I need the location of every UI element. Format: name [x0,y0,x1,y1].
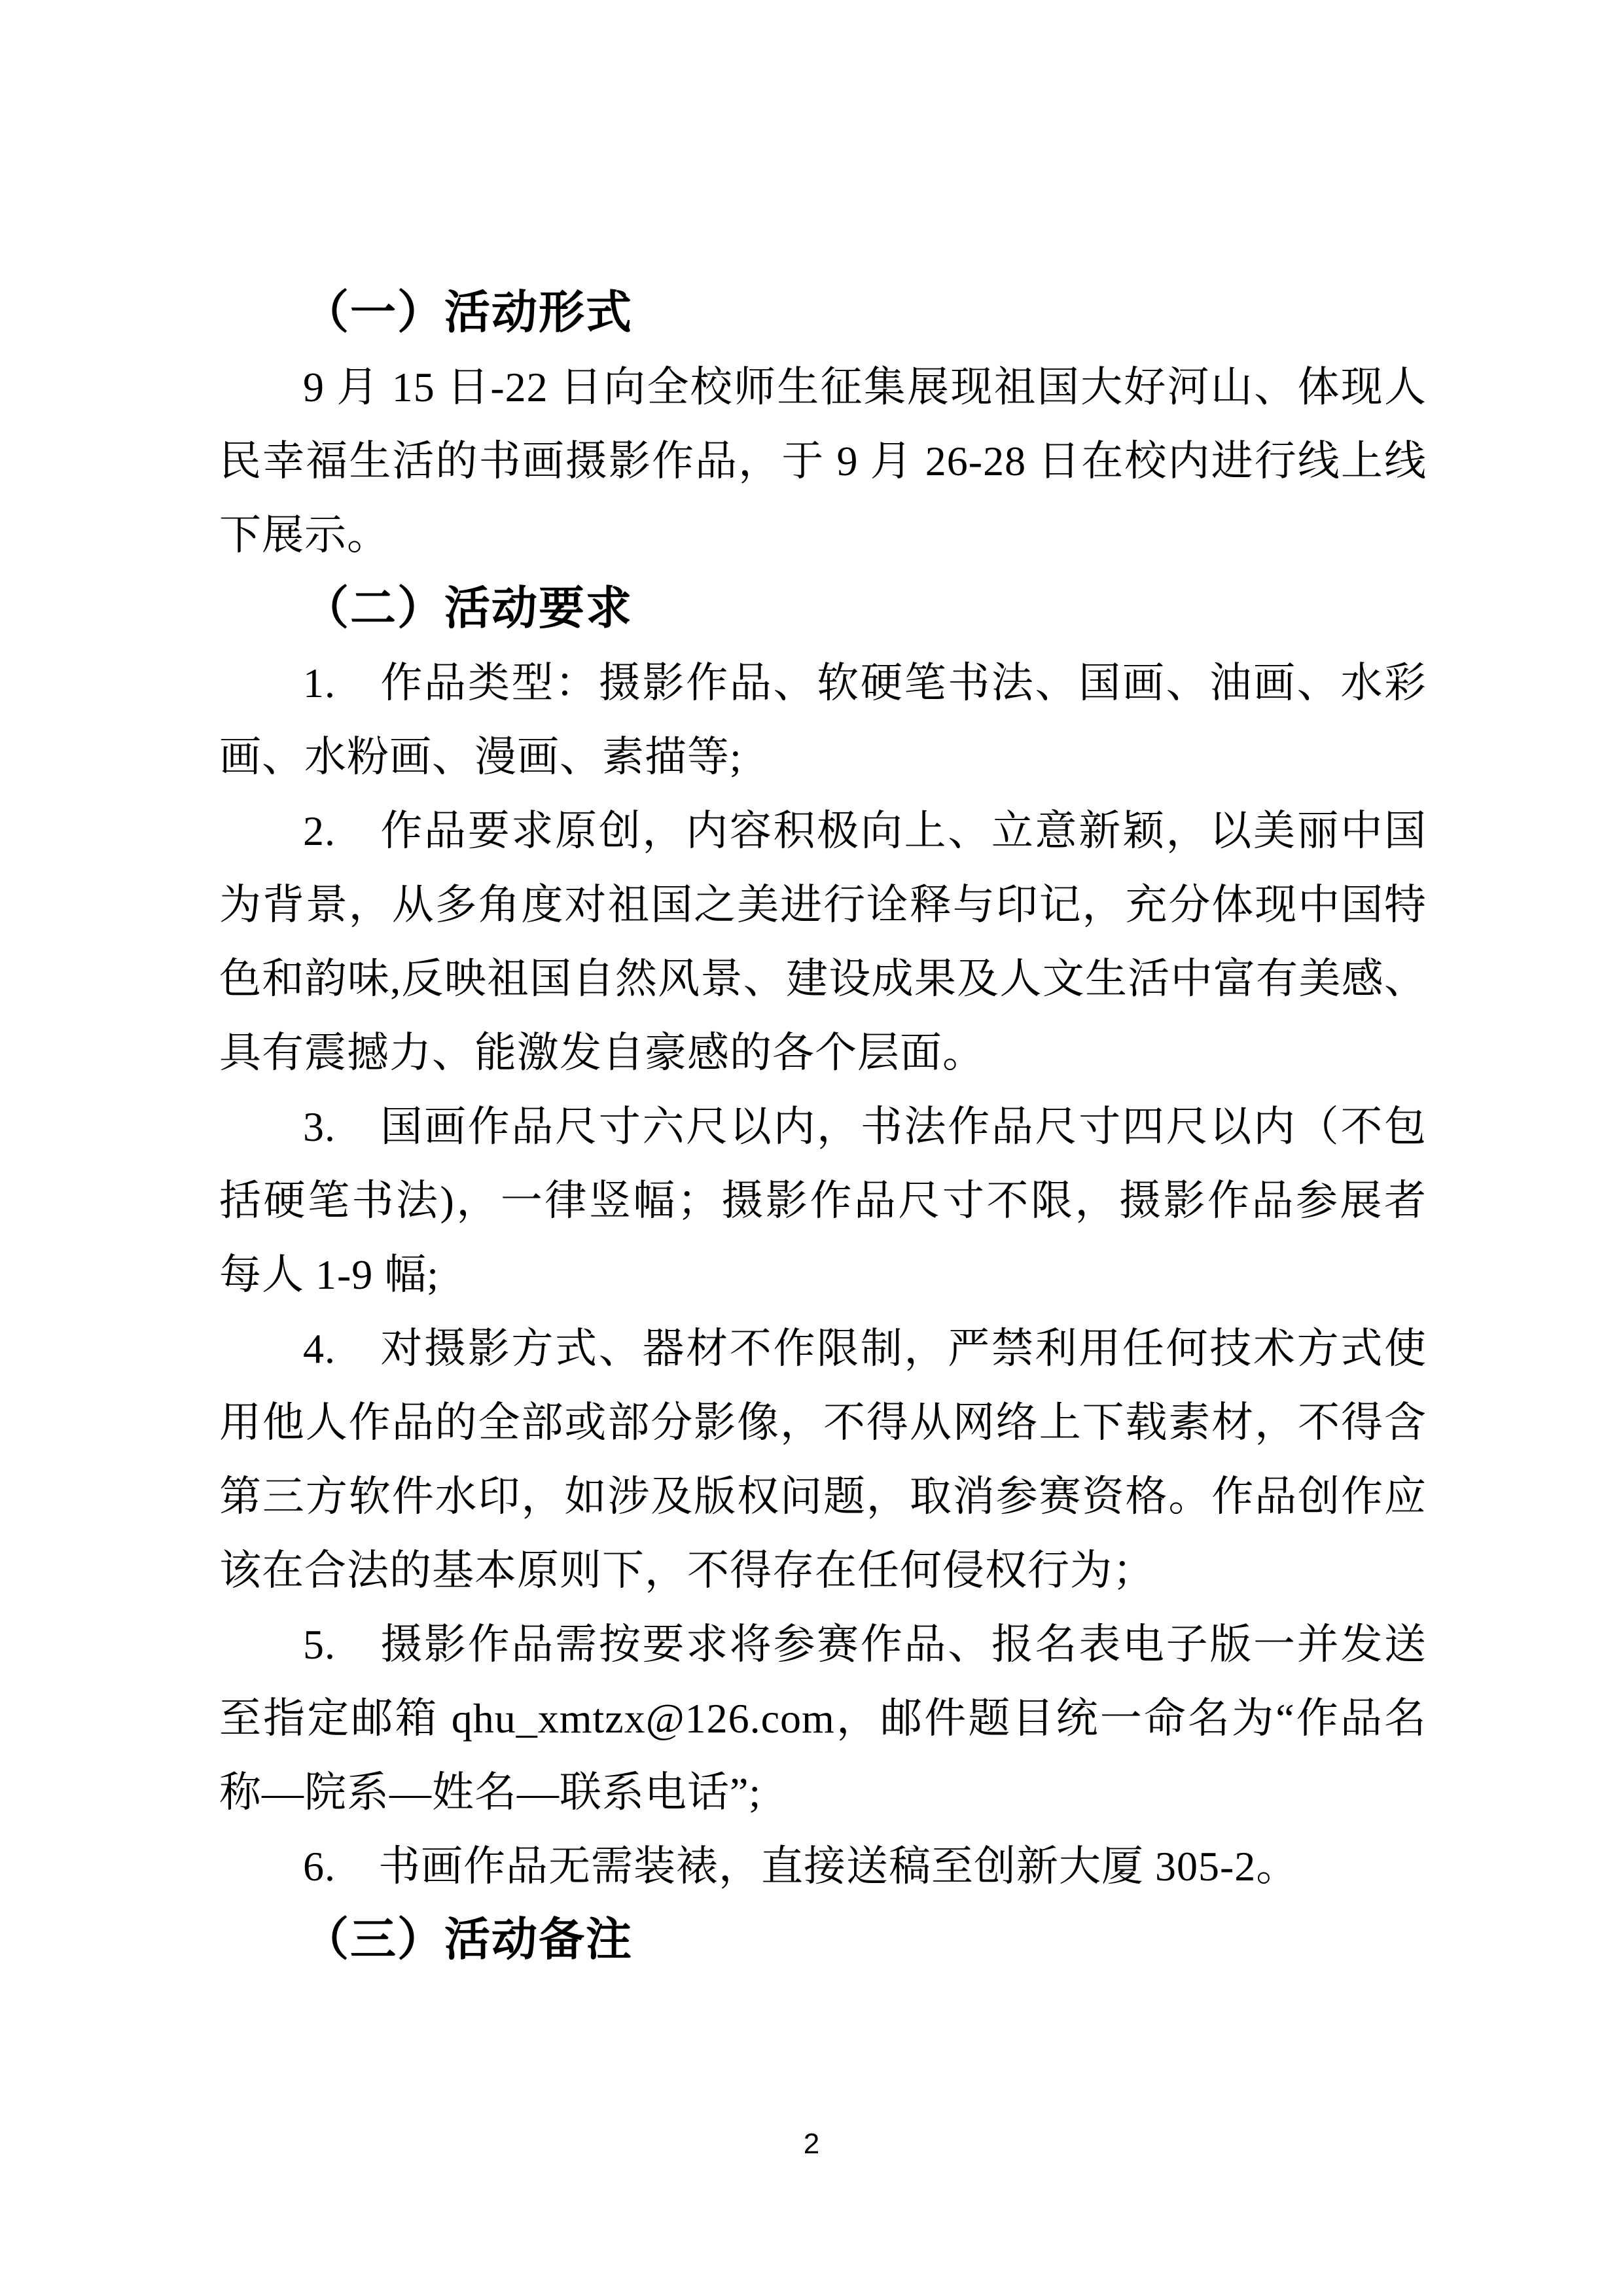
text-line: 6. 书画作品无需装裱，直接送稿至创新大厦 305-2。 [219,1829,1427,1903]
document-body: （一）活动形式 9 月 15 日-22 日向全校师生征集展现祖国大好河山、体现人… [219,276,1427,1977]
text-line: 下展示。 [219,498,1427,572]
text-line: 4. 对摄影方式、器材不作限制，严禁利用任何技术方式使 [219,1312,1427,1386]
text-line: 为背景，从多角度对祖国之美进行诠释与印记，充分体现中国特 [219,868,1427,942]
section-heading-3: （三）活动备注 [219,1903,1427,1977]
text-line: 5. 摄影作品需按要求将参赛作品、报名表电子版一并发送 [219,1607,1427,1681]
text-line: 称—院系—姓名—联系电话”; [219,1755,1427,1829]
text-line: 1. 作品类型：摄影作品、软硬笔书法、国画、油画、水彩 [219,646,1427,720]
page-number: 2 [0,2128,1623,2160]
section-heading-1: （一）活动形式 [219,276,1427,350]
text-line: 至指定邮箱 qhu_xmtzx@126.com，邮件题目统一命名为“作品名 [219,1681,1427,1755]
text-line: 具有震撼力、能激发自豪感的各个层面。 [219,1016,1427,1090]
text-line: 色和韵味,反映祖国自然风景、建设成果及人文生活中富有美感、 [219,942,1427,1016]
text-line: 民幸福生活的书画摄影作品，于 9 月 26-28 日在校内进行线上线 [219,424,1427,498]
text-line: 2. 作品要求原创，内容积极向上、立意新颖，以美丽中国 [219,794,1427,868]
text-line: 3. 国画作品尺寸六尺以内，书法作品尺寸四尺以内（不包 [219,1090,1427,1164]
text-line: 9 月 15 日-22 日向全校师生征集展现祖国大好河山、体现人 [219,350,1427,424]
document-page: （一）活动形式 9 月 15 日-22 日向全校师生征集展现祖国大好河山、体现人… [0,0,1623,2296]
text-line: 画、水粉画、漫画、素描等; [219,720,1427,794]
text-line: 第三方软件水印，如涉及版权问题，取消参赛资格。作品创作应 [219,1460,1427,1534]
text-line: 括硬笔书法)，一律竖幅；摄影作品尺寸不限，摄影作品参展者 [219,1164,1427,1238]
text-line: 每人 1-9 幅; [219,1238,1427,1312]
section-heading-2: （二）活动要求 [219,572,1427,646]
text-line: 该在合法的基本原则下，不得存在任何侵权行为； [219,1534,1427,1607]
text-line: 用他人作品的全部或部分影像，不得从网络上下载素材，不得含 [219,1386,1427,1460]
